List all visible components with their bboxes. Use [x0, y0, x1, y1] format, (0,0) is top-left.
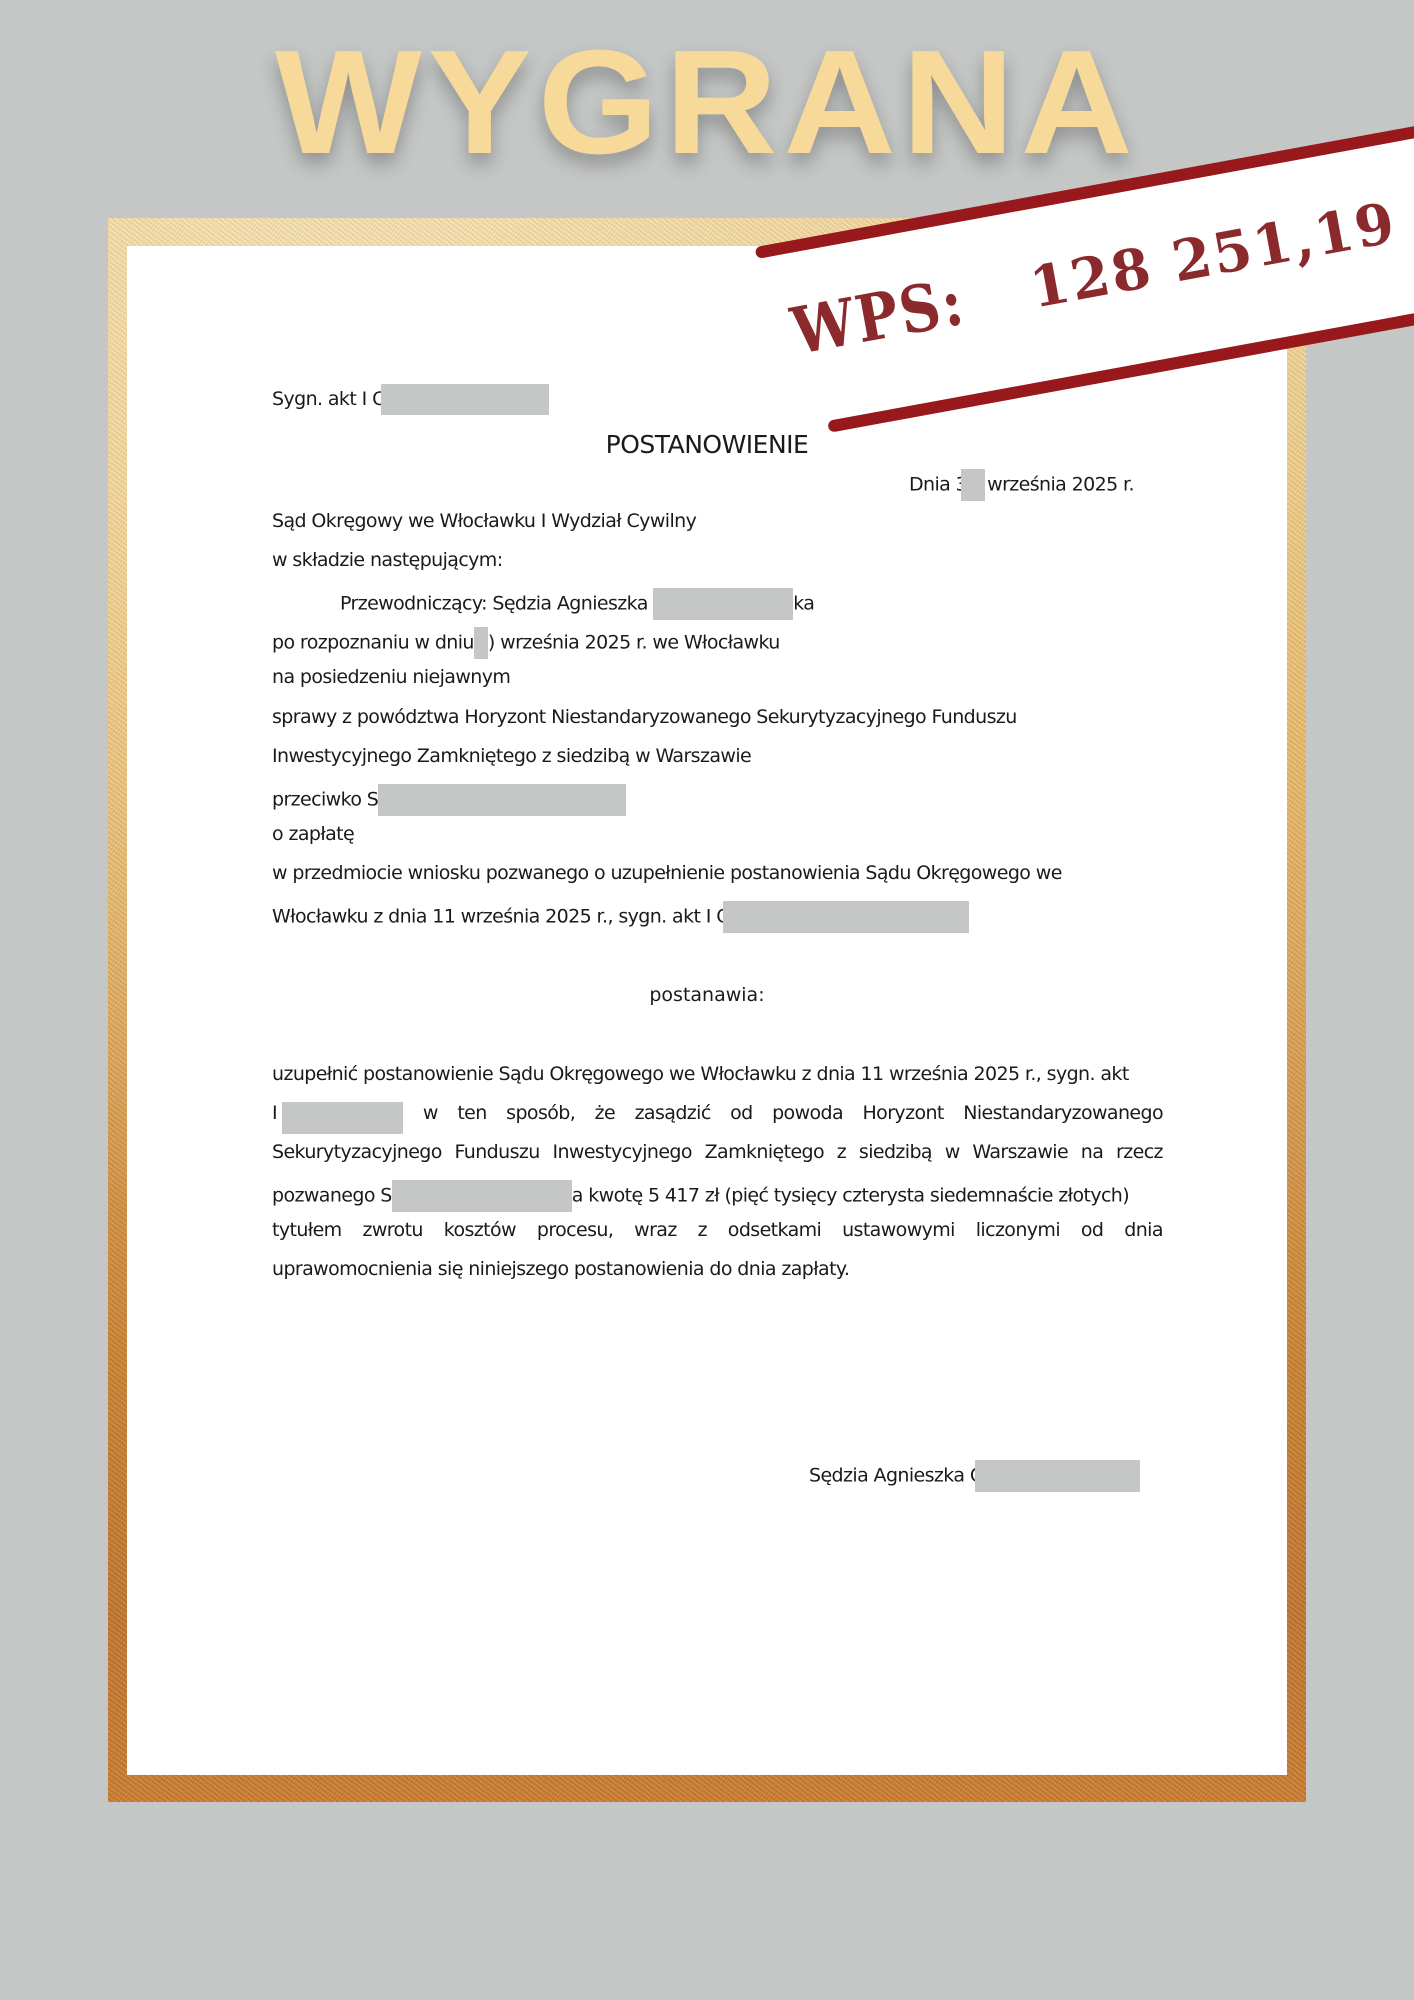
- presiding-judge-suffix: ka: [793, 593, 814, 615]
- redaction-box: [282, 1102, 403, 1134]
- ruling-word: zwrotu: [362, 1219, 422, 1241]
- redaction-box: [392, 1180, 572, 1212]
- judge-signature: Sędzia Agnieszka C: [809, 1460, 1140, 1492]
- hearing-suffix: ) września 2025 r. we Włocławku: [488, 632, 780, 654]
- ruling-word: w: [423, 1102, 438, 1134]
- date-prefix: Dnia 3: [909, 474, 967, 496]
- redaction-box: [381, 384, 549, 415]
- ruling-word: ten: [457, 1102, 486, 1134]
- ruling-word: zasądzić: [635, 1102, 711, 1134]
- redaction-box: [653, 588, 793, 620]
- defendant: przeciwko S: [272, 784, 626, 816]
- ruling-word: że: [595, 1102, 615, 1134]
- defendant-prefix: przeciwko S: [272, 789, 378, 811]
- ruling-word: Inwestycyjnego: [552, 1141, 691, 1163]
- ruling-line-4-prefix: pozwanego S: [272, 1185, 392, 1207]
- ruling-word: Zamkniętego: [705, 1141, 824, 1163]
- ruling-line-5: tytułem zwrotu kosztów procesu, wraz z o…: [272, 1219, 1163, 1241]
- document-title: POSTANOWIENIE: [127, 430, 1287, 459]
- ruling-line-4-suffix: a kwotę 5 417 zł (pięć tysięcy czterysta…: [572, 1185, 1129, 1207]
- ruling-word: liczonymi: [976, 1219, 1060, 1241]
- ruling-line-1: uzupełnić postanowienie Sądu Okręgowego …: [272, 1063, 1163, 1085]
- hearing-prefix: po rozpoznaniu w dniu: [272, 632, 474, 654]
- hearing-date: po rozpoznaniu w dniu) września 2025 r. …: [272, 627, 780, 659]
- case-reference: Sygn. akt I C: [272, 384, 549, 415]
- ruling-word: rzecz: [1116, 1141, 1163, 1163]
- ruling-word: kosztów: [444, 1219, 516, 1241]
- ruling-word: w: [945, 1141, 960, 1163]
- ruling-word: siedzibą: [859, 1141, 932, 1163]
- ruling-word: sposób,: [506, 1102, 575, 1134]
- redaction-box: [378, 784, 626, 816]
- ruling-word: powoda: [772, 1102, 843, 1134]
- matter-line-2-text: Włocławku z dnia 11 września 2025 r., sy…: [272, 906, 729, 928]
- ruling-word: I: [272, 1102, 277, 1134]
- ruling-word: Horyzont: [863, 1102, 944, 1134]
- ruling-word: Funduszu: [455, 1141, 540, 1163]
- redaction-box: [474, 627, 488, 659]
- redaction-box: [975, 1460, 1140, 1492]
- ruling-line-2: I w ten sposób, że zasądzić od powoda Ho…: [272, 1102, 1163, 1134]
- presiding-judge-text: Przewodniczący: Sędzia Agnieszka: [340, 593, 648, 615]
- ruling-word: procesu,: [537, 1219, 613, 1241]
- ruling-word: na: [1081, 1141, 1104, 1163]
- case-subject: o zapłatę: [272, 823, 354, 845]
- date-suffix: września 2025 r.: [987, 474, 1134, 496]
- ruling-word: z: [698, 1219, 707, 1241]
- matter-line-2: Włocławku z dnia 11 września 2025 r., sy…: [272, 901, 969, 933]
- ruling-line-6: uprawomocnienia się niniejszego postanow…: [272, 1258, 849, 1280]
- ruling-word: Sekurytyzacyjnego: [272, 1141, 442, 1163]
- ruling-word: dnia: [1124, 1219, 1163, 1241]
- ruling-word: od: [1081, 1219, 1104, 1241]
- ruling-word: tytułem: [272, 1219, 342, 1241]
- judge-signature-text: Sędzia Agnieszka C: [809, 1465, 983, 1487]
- ruling-word: odsetkami: [728, 1219, 821, 1241]
- redaction-box: [723, 901, 969, 933]
- ruling-word: z: [837, 1141, 846, 1163]
- ruling-word: ustawowymi: [842, 1219, 955, 1241]
- presiding-judge: Przewodniczący: Sędzia Agnieszka ka: [340, 588, 814, 620]
- ruling-word: od: [730, 1102, 753, 1134]
- document-date: Dnia 3września 2025 r.: [909, 469, 1134, 501]
- case-reference-text: Sygn. akt I C: [272, 388, 385, 410]
- ruling-word: wraz: [634, 1219, 677, 1241]
- ruling-word: Warszawie: [972, 1141, 1068, 1163]
- composition-label: w składzie następującym:: [272, 549, 503, 571]
- decision-heading: postanawia:: [127, 984, 1287, 1006]
- case-parties-line-1: sprawy z powództwa Horyzont Niestandaryz…: [272, 706, 1017, 728]
- matter-line-1: w przedmiocie wniosku pozwanego o uzupeł…: [272, 862, 1062, 884]
- ruling-line-3: Sekurytyzacyjnego Funduszu Inwestycyjneg…: [272, 1141, 1163, 1163]
- ruling-line-4: pozwanego Sa kwotę 5 417 zł (pięć tysięc…: [272, 1180, 1163, 1212]
- session-type: na posiedzeniu niejawnym: [272, 666, 510, 688]
- ruling-word: Niestandaryzowanego: [963, 1102, 1163, 1134]
- redaction-box: [961, 469, 985, 501]
- ruling-line-1-text: uzupełnić postanowienie Sądu Okręgowego …: [272, 1063, 1129, 1085]
- case-parties-line-2: Inwestycyjnego Zamkniętego z siedzibą w …: [272, 745, 751, 767]
- court-name: Sąd Okręgowy we Włocławku I Wydział Cywi…: [272, 510, 696, 532]
